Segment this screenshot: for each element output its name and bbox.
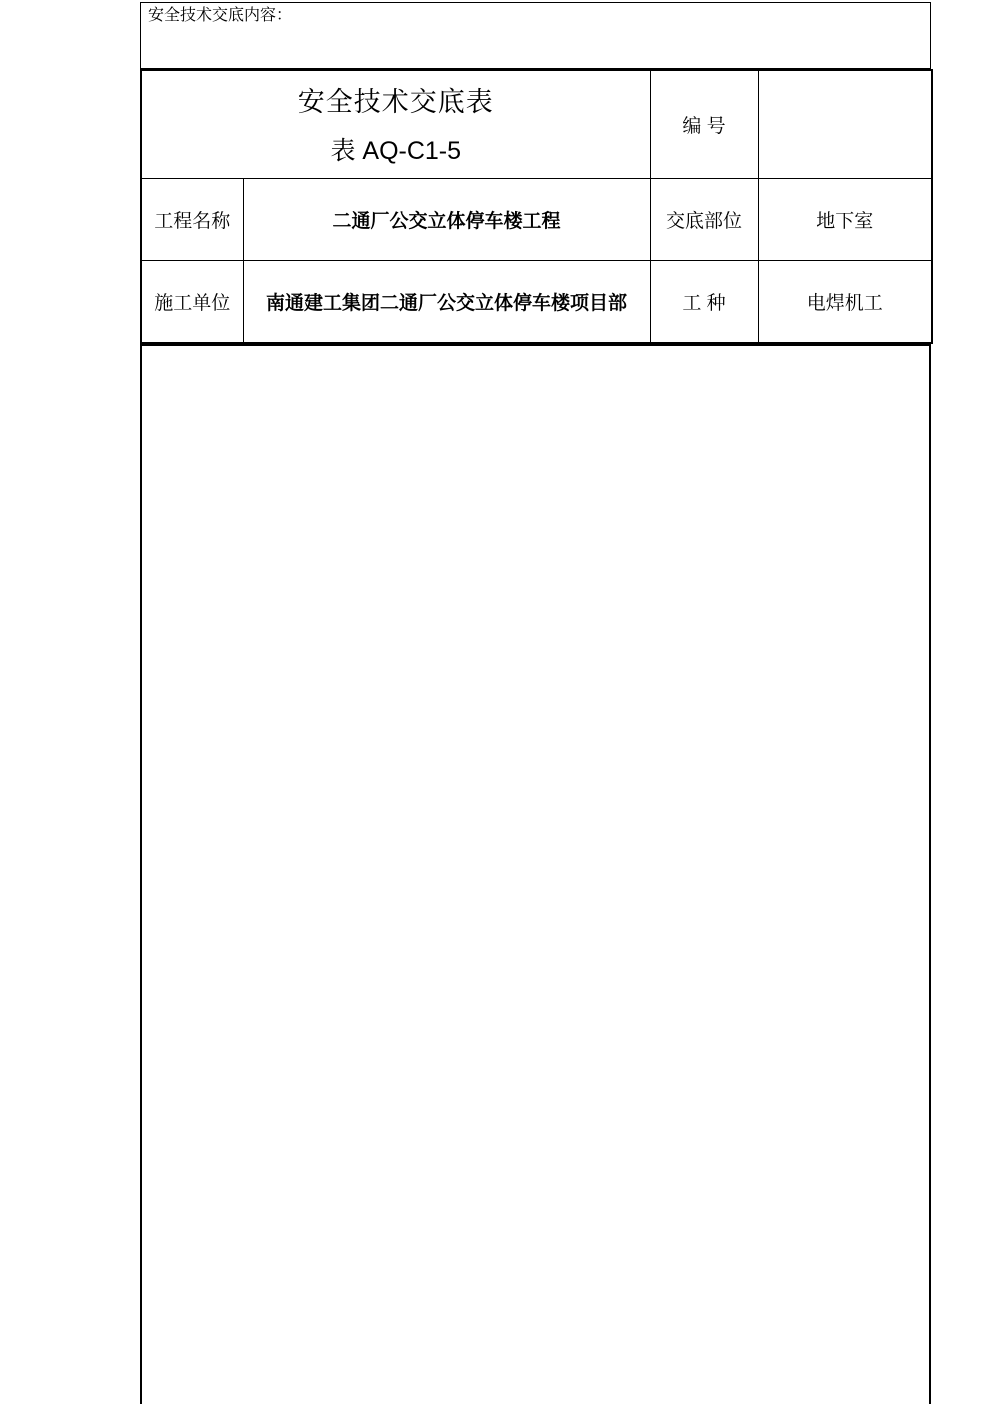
form-title-cell: 安全技术交底表 表 AQ-C1-5: [141, 70, 650, 178]
construction-unit-row: 施工单位 南通建工集团二通厂公交立体停车楼项目部 工 种 电焊机工: [141, 260, 932, 343]
form-code: 表 AQ-C1-5: [142, 126, 650, 176]
table-title-row: 安全技术交底表 表 AQ-C1-5 编 号: [141, 70, 932, 178]
work-type-value-cell: 电焊机工: [758, 260, 932, 343]
number-label-cell: 编 号: [650, 70, 758, 178]
form-title: 安全技术交底表: [142, 72, 650, 126]
content-header-box: 安全技术交底内容：: [140, 2, 931, 69]
project-name-label-cell: 工程名称: [141, 178, 243, 260]
work-type-label-cell: 工 种: [650, 260, 758, 343]
disclosure-part-value-cell: 地下室: [758, 178, 932, 260]
safety-disclosure-table: 安全技术交底表 表 AQ-C1-5 编 号 工程名称 二通厂公交立体停车楼工程 …: [140, 69, 933, 344]
document-column: 安全技术交底内容： 安全技术交底表 表 AQ-C1-5 编 号: [140, 2, 931, 1404]
disclosure-part-label-cell: 交底部位: [650, 178, 758, 260]
construction-unit-label-cell: 施工单位: [141, 260, 243, 343]
content-header-label: 安全技术交底内容：: [148, 7, 292, 24]
construction-unit-value-cell: 南通建工集团二通厂公交立体停车楼项目部: [243, 260, 650, 343]
document-page: 安全技术交底内容： 安全技术交底表 表 AQ-C1-5 编 号: [0, 0, 993, 1404]
number-value-cell[interactable]: [758, 70, 932, 178]
project-name-value-cell: 二通厂公交立体停车楼工程: [243, 178, 650, 260]
disclosure-content-area[interactable]: [140, 344, 931, 1404]
project-name-row: 工程名称 二通厂公交立体停车楼工程 交底部位 地下室: [141, 178, 932, 260]
